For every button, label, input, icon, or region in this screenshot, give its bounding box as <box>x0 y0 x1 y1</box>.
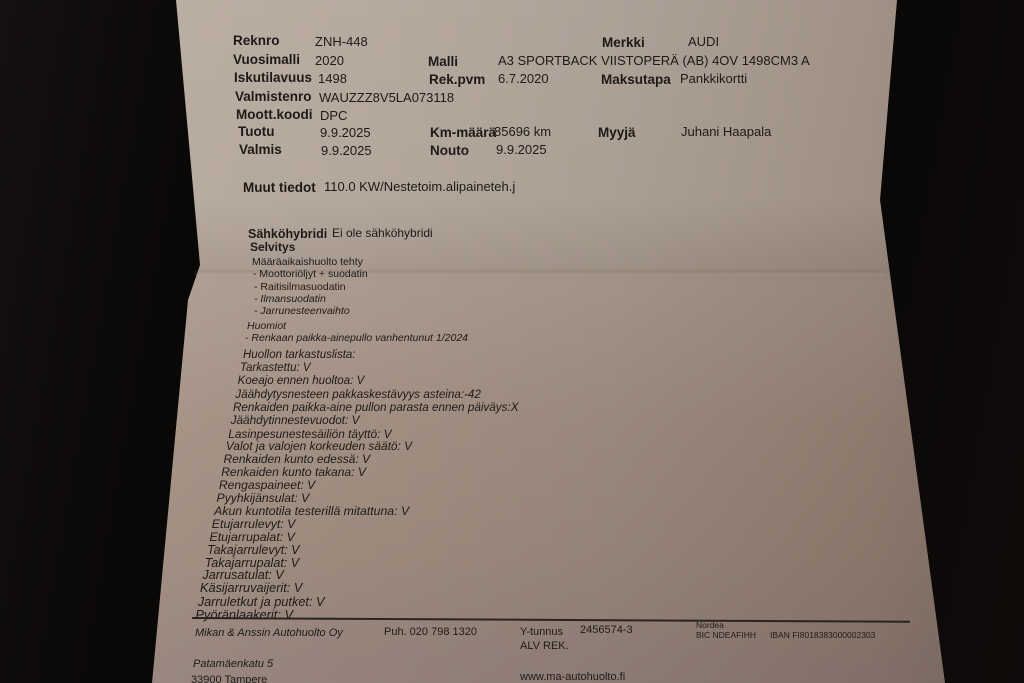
muut-tiedot-label: Muut tiedot <box>243 180 316 195</box>
checklist-item: Etujarrulevyt: V <box>212 517 296 531</box>
checklist-item: Takajarrupalat: V <box>205 556 299 570</box>
maksutapa-label: Maksutapa <box>601 72 671 87</box>
valmistenro-label: Valmistenro <box>235 89 312 104</box>
valmis-label: Valmis <box>239 142 282 157</box>
malli-value: A3 SPORTBACK VIISTOPERÄ (AB) 4OV 1498CM3… <box>498 53 810 68</box>
bank-bic: BIC NDEAFIHH <box>696 630 756 640</box>
rekpvm-value: 6.7.2020 <box>498 71 549 86</box>
ytunnus-value: 2456574-3 <box>580 624 633 636</box>
selvitys-label: Selvitys <box>250 240 295 254</box>
selvitys-title: Määräaikaishuolto tehty <box>252 256 363 268</box>
company-phone: Puh. 020 798 1320 <box>384 626 477 638</box>
checklist-item: Renkaiden kunto takana: V <box>221 465 366 479</box>
checklist-item: Akun kuntotila testerillä mitattuna: V <box>214 504 409 518</box>
checklist-item: Jäähdytysnesteen pakkaskestävyys asteina… <box>235 388 481 401</box>
iskutilavuus-value: 1498 <box>318 71 347 86</box>
merkki-label: Merkki <box>602 35 645 50</box>
sahkohybridi-value: Ei ole sähköhybridi <box>332 226 433 240</box>
checklist-item: Rengaspaineet: V <box>219 478 315 492</box>
bank-name: Nordea <box>696 620 724 630</box>
checklist-item: Pyyhkijänsulat: V <box>217 491 310 505</box>
checklist-item: Renkaiden paikka-aine pullon parasta enn… <box>233 401 519 414</box>
selvitys-item: - Jarrunesteenvaihto <box>254 305 350 317</box>
ytunnus-label: Y-tunnus <box>520 626 563 638</box>
company-name: Mikan & Anssin Autohuolto Oy <box>195 627 343 639</box>
checklist-item: Lasinpesunestesäiliön täyttö: V <box>228 427 391 441</box>
huomiot-label: Huomiot <box>247 320 286 332</box>
maksutapa-value: Pankkikortti <box>680 71 747 86</box>
rekpvm-label: Rek.pvm <box>429 72 485 87</box>
sahkohybridi-label: Sähköhybridi <box>248 227 327 241</box>
selvitys-item: - Moottoriöljyt + suodatin <box>253 268 368 280</box>
nouto-value: 9.9.2025 <box>496 142 547 157</box>
checklist-item: Koeajo ennen huoltoa: V <box>238 375 365 387</box>
vuosimalli-label: Vuosimalli <box>233 52 300 67</box>
reknro-value: ZNH-448 <box>315 34 368 49</box>
company-street: Patamäenkatu 5 <box>193 658 273 670</box>
muut-tiedot-value: 110.0 KW/Nestetoim.alipaineteh.j <box>324 179 515 194</box>
checklist-item: Käsijarruvaijerit: V <box>200 581 302 595</box>
nouto-label: Nouto <box>430 143 469 158</box>
kmmaara-value: 85696 km <box>494 124 551 139</box>
malli-label: Malli <box>428 54 458 69</box>
huomiot-text: - Renkaan paikka-ainepullo vanhentunut 1… <box>245 332 468 344</box>
tuotu-label: Tuotu <box>238 124 274 139</box>
valmis-value: 9.9.2025 <box>321 143 372 158</box>
alv-rek: ALV REK. <box>520 640 569 652</box>
checklist-item: Etujarrupalat: V <box>209 530 295 544</box>
iskutilavuus-label: Iskutilavuus <box>234 70 312 85</box>
kmmaara-label: Km-määrä <box>430 125 496 140</box>
bank-iban: IBAN FI8018383000002303 <box>770 630 875 640</box>
reknro-label: Reknro <box>233 33 280 48</box>
company-city: 33900 Tampere <box>191 674 267 683</box>
vuosimalli-value: 2020 <box>315 53 344 68</box>
selvitys-item: - Ilmansuodatin <box>254 293 326 305</box>
merkki-value: AUDI <box>688 34 719 49</box>
checklist-item: Renkaiden kunto edessä: V <box>224 452 371 466</box>
valmistenro-value: WAUZZZ8V5LA073118 <box>319 90 454 105</box>
checklist-title: Huollon tarkastuslista: <box>243 349 356 361</box>
checklist-item: Pyöränlaakerit: V <box>195 607 293 622</box>
moottkoodi-label: Moott.koodi <box>236 107 312 122</box>
moottkoodi-value: DPC <box>320 108 347 123</box>
myyja-value: Juhani Haapala <box>681 124 771 139</box>
checklist-item: Jäähdytinnestevuodot: V <box>231 414 360 427</box>
checklist-item: Valot ja valojen korkeuden säätö: V <box>226 439 412 453</box>
tuotu-value: 9.9.2025 <box>320 125 371 140</box>
checklist-item: Jarrusatulat: V <box>202 568 283 582</box>
checklist-item: Takajarrulevyt: V <box>207 543 299 557</box>
company-website: www.ma-autohuolto.fi <box>520 671 625 683</box>
selvitys-item: - Raitisilmasuodatin <box>254 281 346 293</box>
checklist-item: Tarkastettu: V <box>240 362 311 374</box>
myyja-label: Myyjä <box>598 125 636 140</box>
